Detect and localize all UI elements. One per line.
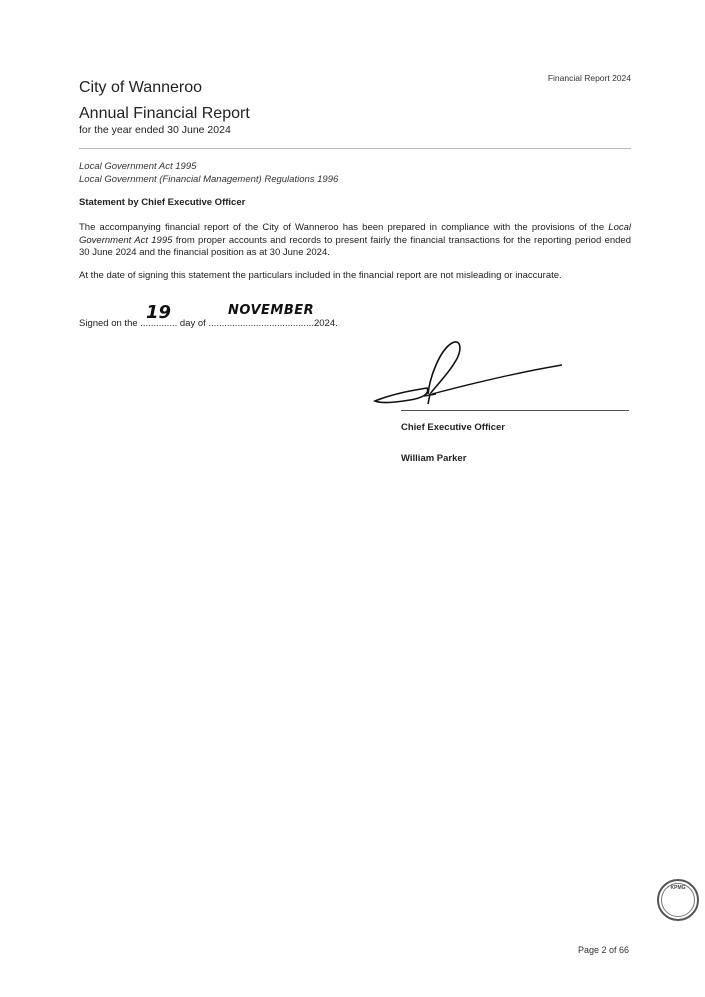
signature-line [401, 410, 629, 411]
signature-icon [370, 338, 570, 408]
kpmg-stamp-icon: KPMG [657, 879, 699, 921]
signing-middle: day of [177, 318, 208, 329]
page-number: Page 2 of 66 [578, 945, 629, 955]
signatory-title: Chief Executive Officer [401, 422, 505, 433]
report-title: Annual Financial Report [79, 105, 250, 123]
report-subtitle: for the year ended 30 June 2024 [79, 124, 231, 136]
handwritten-day: 19 [146, 302, 171, 323]
statement-paragraph-2: At the date of signing this statement th… [79, 270, 562, 281]
month-blank: ........................................ [208, 318, 314, 329]
para1-start: The accompanying financial report of the… [79, 222, 608, 233]
organisation-name: City of Wanneroo [79, 79, 202, 97]
signing-line: Signed on the .............. day of ....… [79, 318, 338, 329]
statement-heading: Statement by Chief Executive Officer [79, 197, 245, 208]
signatory-name: William Parker [401, 453, 466, 464]
document-label: Financial Report 2024 [548, 73, 631, 83]
legislation-list: Local Government Act 1995 Local Governme… [79, 161, 338, 186]
legislation-item: Local Government (Financial Management) … [79, 174, 338, 187]
legislation-item: Local Government Act 1995 [79, 161, 338, 174]
statement-paragraph-1: The accompanying financial report of the… [79, 222, 631, 260]
stamp-text: KPMG [659, 885, 697, 891]
header-divider [79, 148, 631, 149]
handwritten-month: NOVEMBER [228, 303, 314, 318]
signing-suffix: 2024. [314, 318, 338, 329]
signing-prefix: Signed on the [79, 318, 140, 329]
